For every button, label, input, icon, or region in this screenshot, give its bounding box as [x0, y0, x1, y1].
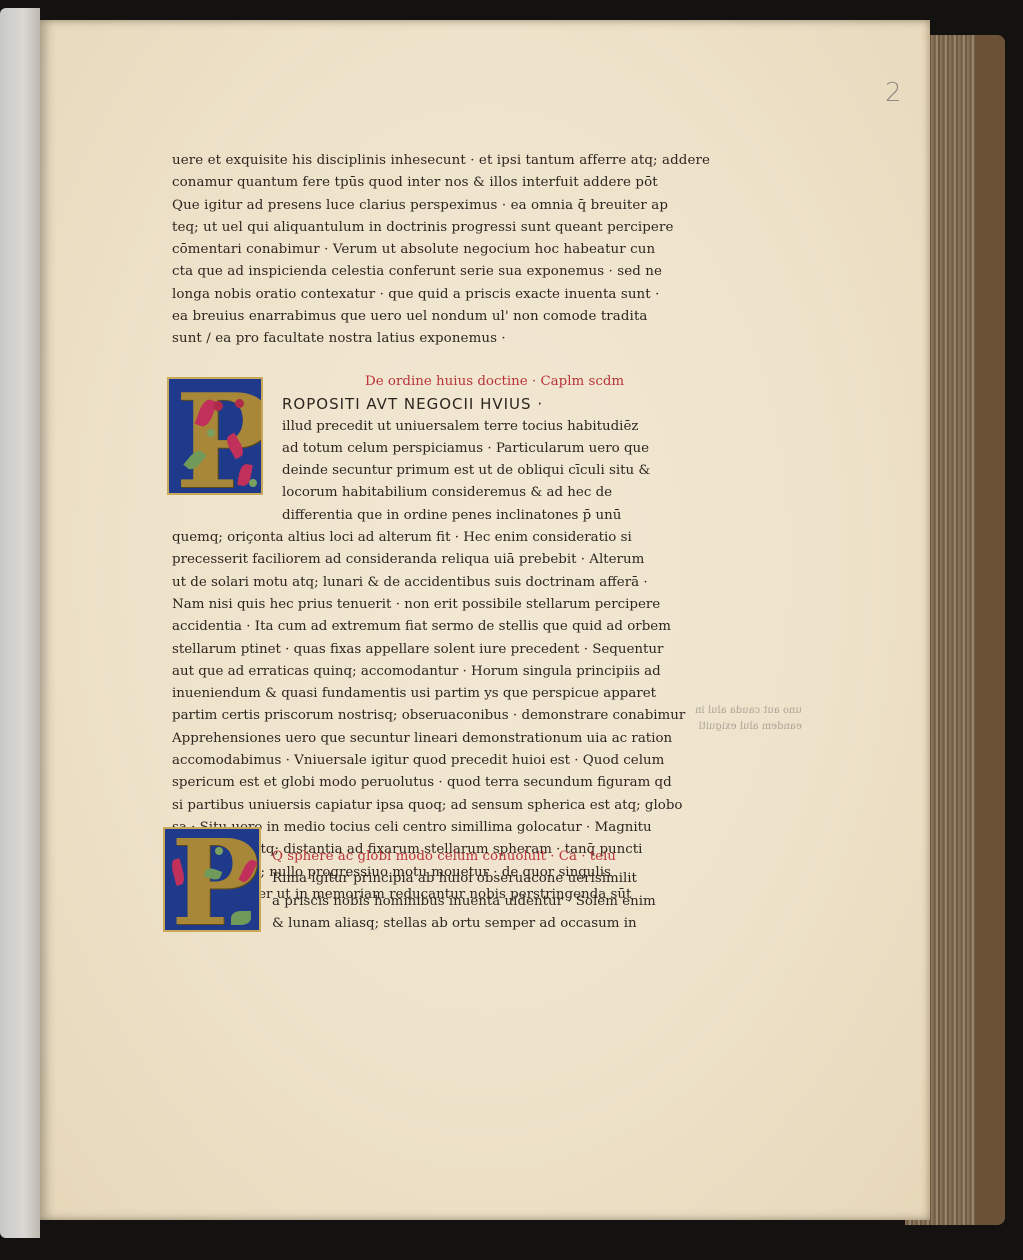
- text-line: Nam nisi quis hec prius tenuerit · non e…: [172, 594, 677, 616]
- intro-paragraph: uere et exquisite his disciplinis inhese…: [172, 150, 672, 351]
- text-line: differentia que in ordine penes inclinat…: [172, 505, 677, 527]
- text-line: uere et exquisite his disciplinis inhese…: [172, 150, 672, 172]
- text-line: spericum est et globi modo peruolutus · …: [172, 772, 677, 794]
- show-through-marginalia: uno aut cauda alul in eandem alul exigui…: [695, 703, 802, 735]
- text-line: Que igitur ad presens luce clarius persp…: [172, 195, 672, 217]
- text-line: longa nobis oratio contexatur · que quid…: [172, 284, 672, 306]
- text-line: precesserit faciliorem ad consideranda r…: [172, 549, 677, 571]
- text-line: deinde secuntur primum est ut de obliqui…: [172, 460, 677, 482]
- text-line: accomodabimus · Vniuersale igitur quod p…: [172, 750, 677, 772]
- text-line: illud precedit ut uniuersalem terre toci…: [172, 416, 677, 438]
- text-line: cōmentari conabimur · Verum ut absolute …: [172, 239, 672, 261]
- text-line: ad totum celum perspiciamus · Particular…: [172, 438, 677, 460]
- text-line: ut de solari motu atq; lunari & de accid…: [172, 572, 677, 594]
- text-line: teq; ut uel qui aliquantulum in doctrini…: [172, 217, 672, 239]
- text-line: & lunam aliasq; stellas ab ortu semper a…: [172, 913, 677, 935]
- folio-number: 2: [885, 78, 902, 108]
- text-line: ea breuius enarrabimus que uero uel nond…: [172, 306, 672, 328]
- text-line: conamur quantum fere tpūs quod inter nos…: [172, 172, 672, 194]
- text-line: Apprehensiones uero que secuntur lineari…: [172, 728, 677, 750]
- text-line: inueniendum & quasi fundamentis usi part…: [172, 683, 677, 705]
- text-line: locorum habitabilium consideremus & ad h…: [172, 482, 677, 504]
- chapter-rubric: De ordine huius doctine · Caplm scdm: [172, 371, 677, 393]
- text-line: Rima igitur principia ab huioi obseruaco…: [172, 868, 677, 890]
- text-line: sunt / ea pro facultate nostra latius ex…: [172, 328, 672, 350]
- text-line: si partibus uniuersis capiatur ipsa quoq…: [172, 795, 677, 817]
- text-line: cta que ad inspicienda celestia conferun…: [172, 261, 672, 283]
- text-line: accidentia · Ita cum ad extremum fiat se…: [172, 616, 677, 638]
- text-line: stellarum ptinet · quas fixas appellare …: [172, 639, 677, 661]
- facing-page-edge: [0, 8, 40, 1238]
- text-line: quemq; oriçonta altius loci ad alterum f…: [172, 527, 677, 549]
- text-line: a priscis nobis hominibus inuenta uident…: [172, 891, 677, 913]
- chapter-3: Q sphere ac globi modo celum conuoluit ·…: [172, 846, 677, 935]
- text-line: partim certis priscorum nostrisq; obseru…: [172, 705, 677, 727]
- text-line: aut que ad erraticas quinq; accomodantur…: [172, 661, 677, 683]
- chapter-opening-caps: ROPOSITI AVT NEGOCII HVIUS ·: [172, 393, 677, 415]
- chapter-rubric: Q sphere ac globi modo celum conuoluit ·…: [172, 846, 677, 868]
- chapter-2: De ordine huius doctine · Caplm scdm ROP…: [172, 371, 677, 906]
- show-through-line: eandem alul exiguitl: [695, 719, 802, 735]
- show-through-line: uno aut cauda alul in: [695, 703, 802, 719]
